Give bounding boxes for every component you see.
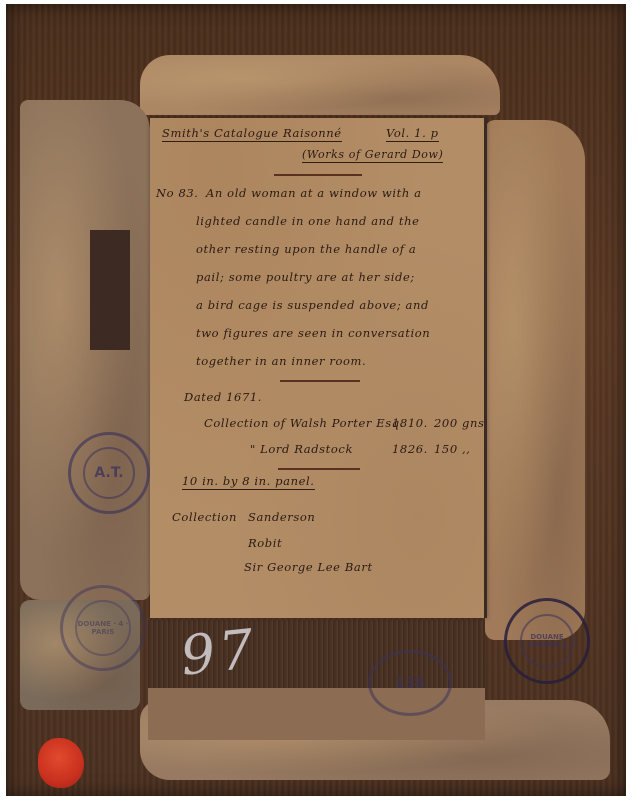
exposed-wood-left	[90, 230, 130, 350]
collection-label: Collection	[172, 510, 237, 524]
catalogue-label: Smith's Catalogue Raisonné Vol. 1. p (Wo…	[150, 118, 487, 618]
divider	[280, 380, 360, 382]
label-header-title: Smith's Catalogue Raisonné	[162, 126, 342, 142]
paper-remnant-right	[485, 120, 585, 640]
description-line: two figures are seen in conversation	[196, 326, 430, 340]
provenance-price: 200 gns	[434, 416, 484, 430]
stamp-text: DOUANE CENTRALE	[522, 633, 572, 649]
provenance-year: 1810.	[392, 416, 428, 430]
divider	[278, 468, 360, 470]
entry-number: No 83.	[156, 186, 199, 200]
dimensions: 10 in. by 8 in. panel.	[182, 474, 315, 490]
customs-stamp-bottom: 136	[368, 650, 452, 716]
description-line: other resting upon the handle of a	[196, 242, 416, 256]
paper-remnant-left	[20, 100, 150, 600]
label-subtitle: (Works of Gerard Dow)	[302, 148, 443, 163]
customs-stamp-right: DOUANE CENTRALE	[504, 598, 590, 684]
paper-remnant-top	[140, 55, 500, 115]
description-line: lighted candle in one hand and the	[196, 214, 420, 228]
provenance-price: 150 ,,	[434, 442, 471, 456]
description-line: a bird cage is suspended above; and	[196, 298, 429, 312]
stamp-text: 136	[394, 674, 425, 692]
red-wax-seal	[38, 738, 84, 788]
collection-name: Robit	[248, 536, 282, 550]
provenance-year: 1826.	[392, 442, 428, 456]
collection-name: Sir George Lee Bart	[244, 560, 373, 574]
collection-name: Sanderson	[248, 510, 315, 524]
provenance-text: " Lord Radstock	[250, 442, 353, 456]
provenance-text: Collection of Walsh Porter Esq.	[204, 416, 404, 430]
chalk-mark: 97	[178, 611, 317, 714]
description-line: together in an inner room.	[196, 354, 366, 368]
label-header-ref: Vol. 1. p	[386, 126, 439, 142]
customs-stamp-left-upper: A.T.	[68, 432, 150, 514]
description-line: An old woman at a window with a	[206, 186, 422, 200]
description-line: pail; some poultry are at her side;	[196, 270, 415, 284]
stamp-text: DOUANE · 4 · PARIS	[77, 620, 129, 636]
divider	[274, 174, 362, 176]
stamp-text: A.T.	[94, 465, 123, 481]
customs-stamp-left-lower: DOUANE · 4 · PARIS	[60, 585, 146, 671]
dated: Dated 1671.	[184, 390, 262, 404]
